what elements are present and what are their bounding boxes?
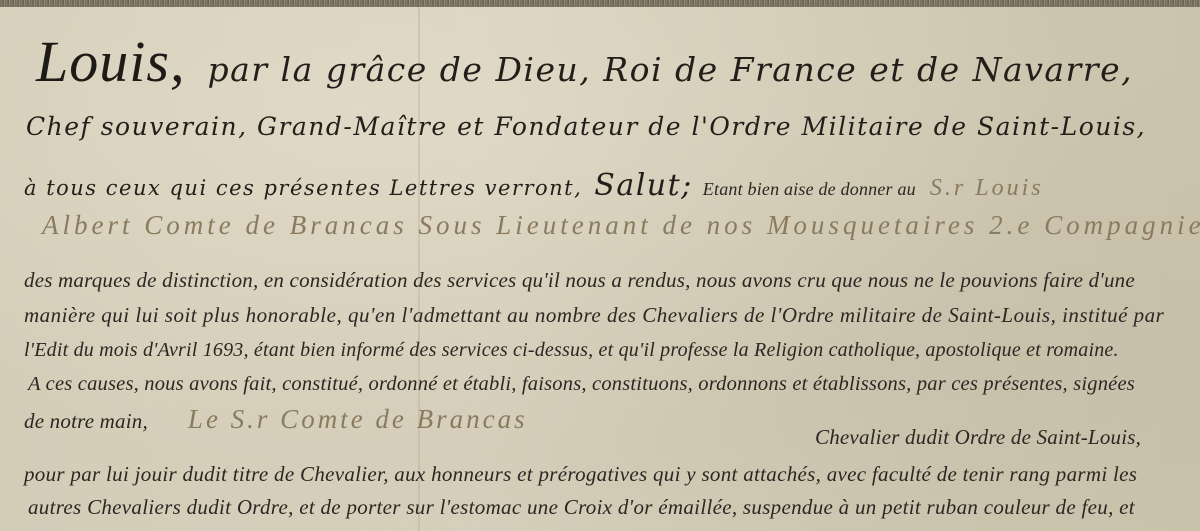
heading-line-2: Chef souverain, Grand-Maître et Fondateu…	[26, 112, 1146, 141]
heading-line-1: Louis, par la grâce de Dieu, Roi de Fran…	[36, 28, 1133, 95]
body-line-1: des marques de distinction, en considéra…	[24, 268, 1135, 293]
body-line-2: manière qui lui soit plus honorable, qu'…	[24, 303, 1164, 328]
salut-text: Salut;	[594, 168, 693, 203]
handwritten-name: Le S.r Comte de Brancas	[188, 404, 528, 434]
body-line-7: autres Chevaliers dudit Ordre, et de por…	[28, 495, 1135, 520]
preamble-text: Etant bien aise de donner au	[703, 179, 916, 199]
address-text: à tous ceux qui ces présentes Lettres ve…	[24, 176, 582, 200]
handwritten-recipient-start: S.r Louis	[930, 175, 1044, 201]
heading-line-3: à tous ceux qui ces présentes Lettres ve…	[24, 168, 1044, 203]
king-name: Louis,	[36, 29, 185, 94]
heading-title-text: par la grâce de Dieu, Roi de France et d…	[207, 50, 1133, 89]
body-line-6: pour par lui jouir dudit titre de Cheval…	[24, 462, 1137, 487]
handwritten-recipient-line: Albert Comte de Brancas Sous Lieutenant …	[42, 210, 1200, 241]
engraved-top-border	[0, 0, 1200, 7]
body-line-4: A ces causes, nous avons fait, constitué…	[28, 373, 1135, 396]
signature-intro-text: de notre main,	[24, 409, 148, 433]
knight-title-text: Chevalier dudit Ordre de Saint-Louis,	[815, 425, 1141, 450]
body-line-3: l'Edit du mois d'Avril 1693, étant bien …	[24, 339, 1119, 362]
